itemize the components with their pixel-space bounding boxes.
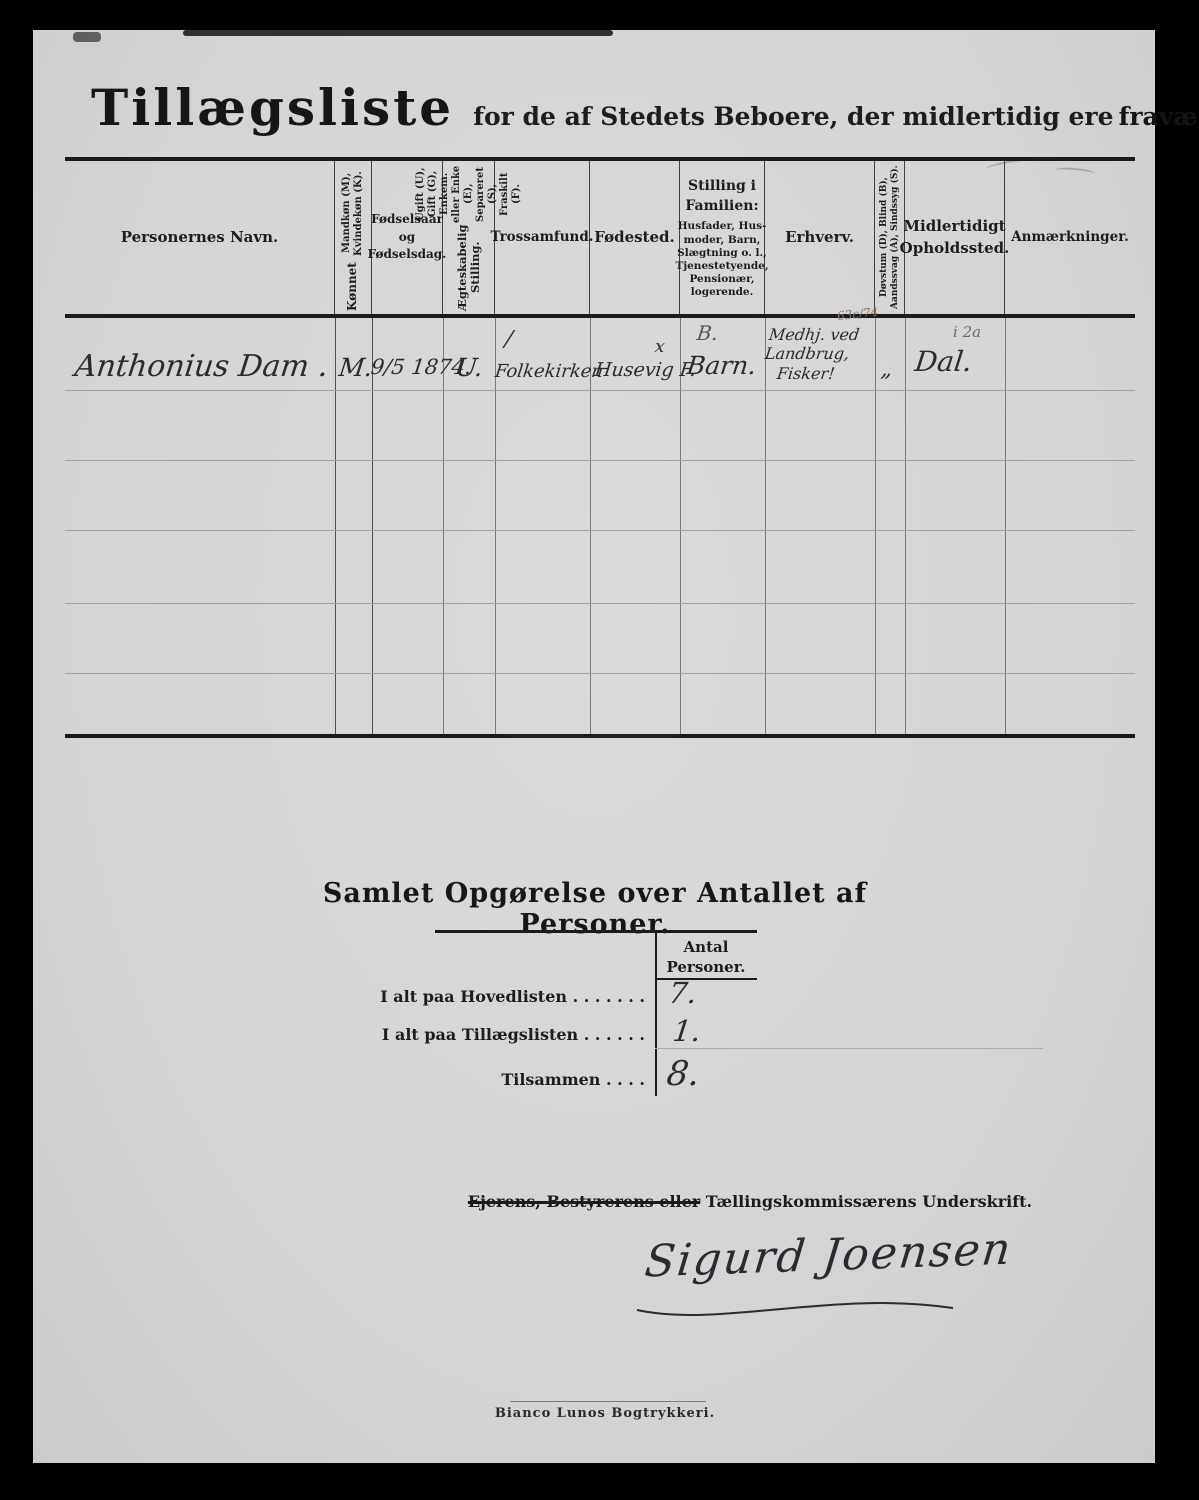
entry-occupation-line1: Medhj. ved (768, 325, 861, 344)
entry-disabilities: „ (879, 357, 893, 382)
form-title-emphasis: fraværende. (1119, 102, 1199, 131)
entry-birthplace: Husevig F. (594, 359, 698, 381)
column-divider (335, 318, 336, 734)
col-header-disabilities-detail: Døvstum (D), Blind (B), Aandssvag (A), S… (879, 164, 901, 311)
signature-label-struck: Ejerens, Bestyrerens eller (468, 1192, 700, 1211)
col-header-residence: Midlertidigt Opholdssted. (905, 161, 1005, 314)
col-header-name-label: Personernes Navn. (121, 227, 279, 249)
persons-table: Personernes Navn. Kønnet Mandkøn (M), Kv… (65, 157, 1135, 738)
form-title: Tillægsliste for de af Stedets Beboere, … (91, 78, 1111, 137)
summary-divider (655, 1048, 1043, 1049)
entry-birthplace-mark: x (654, 337, 666, 357)
col-header-family-position: Stilling i Familien: Husfader, Hus­moder… (680, 161, 765, 314)
column-divider (905, 318, 906, 734)
entry-marital: U. (454, 353, 484, 382)
entry-religion: Folkekirken (494, 361, 605, 382)
entry-family-position-mark: B. (696, 321, 720, 345)
signature-label: Ejerens, Bestyrerens eller Tællingskommi… (393, 1192, 1107, 1211)
entry-religion-mark: / (503, 327, 513, 352)
col-header-marital-title: Ægteskabelig Stilling. (455, 224, 481, 311)
signature-flourish (631, 1288, 961, 1328)
summary-row-hovedlisten-label: I alt paa Hovedlisten . . . . . . . (183, 987, 645, 1006)
col-header-family-position-detail: Husfader, Hus­moder, Barn, Slægtning o. … (676, 220, 769, 299)
row-divider (65, 390, 1135, 391)
printer-imprint: Bianco Lunos Bogtrykkeri. (455, 1406, 755, 1421)
summary-row-tilsammen-value: 8. (665, 1054, 702, 1094)
col-header-occupation: Erhverv. (765, 161, 875, 314)
form-title-subtitle: for de af Stedets Beboere, der midlertid… (473, 102, 1113, 131)
summary-column-header: Antal Personer. (657, 938, 755, 977)
column-divider (765, 318, 766, 734)
entry-residence: Dal. (913, 345, 974, 378)
col-header-disabilities-vertical: Døvstum (D), Blind (B), Aandssvag (A), S… (879, 164, 901, 311)
col-header-name: Personernes Navn. (65, 161, 335, 314)
document-page: Tillægsliste for de af Stedets Beboere, … (33, 30, 1155, 1463)
col-header-marital: Ægteskabelig Stilling. Ugift (U), Gift (… (443, 161, 495, 314)
col-header-remarks: Anmærkninger. (1005, 161, 1135, 314)
entry-residence-annotation: i 2a (953, 323, 981, 341)
scan-smudge (183, 30, 613, 36)
row-divider (65, 530, 1135, 531)
entry-occupation-line3: Fisker! (776, 364, 836, 383)
col-header-birthplace-label: Fødested. (594, 227, 675, 249)
entry-occupation-line2: Landbrug, (764, 344, 851, 363)
col-header-residence-label: Midlertidigt Opholdssted. (900, 216, 1010, 260)
summary-row-tilsammen-label: Tilsammen . . . . (183, 1070, 645, 1089)
entry-name: Anthonius Dam . (73, 349, 330, 384)
column-divider (372, 318, 373, 734)
signature-label-main: Tællingskommissærens Underskrift. (706, 1192, 1032, 1211)
col-header-sex-title: Kønnet (346, 262, 360, 311)
row-divider (65, 460, 1135, 461)
footer-rule (510, 1401, 706, 1402)
signature-handwriting: Sigurd Joensen (642, 1223, 1015, 1287)
entry-family-position: Barn. (685, 351, 758, 380)
entry-occupation-annotation: 63c/74 (836, 305, 879, 323)
column-divider (443, 318, 444, 734)
summary-row-tillaegslisten-value: 1. (671, 1014, 703, 1048)
header-bottom-rule (65, 314, 1135, 318)
col-header-sex: Kønnet Mandkøn (M), Kvindekøn (K). (335, 161, 372, 314)
col-header-family-position-title: Stilling i Familien: (681, 176, 763, 217)
form-title-main: Tillægsliste (91, 78, 454, 137)
col-header-occupation-label: Erhverv. (785, 227, 854, 249)
col-header-birthplace: Fødested. (590, 161, 680, 314)
col-header-sex-vertical: Kønnet Mandkøn (M), Kvindekøn (K). (341, 164, 365, 311)
col-header-religion-label: Trossamfund. (491, 228, 594, 248)
row-divider (65, 673, 1135, 674)
table-bottom-rule (65, 734, 1135, 738)
col-header-remarks-label: Anmærkninger. (1011, 228, 1129, 248)
scan-smudge (73, 32, 101, 42)
summary-top-rule (435, 930, 757, 933)
column-divider (1005, 318, 1006, 734)
scanned-census-form: { "document": { "title_main": "Tillægsli… (0, 0, 1199, 1500)
row-divider (65, 603, 1135, 604)
col-header-sex-detail: Mandkøn (M), Kvindekøn (K). (341, 164, 365, 262)
summary-row-tillaegslisten-label: I alt paa Tillægslisten . . . . . . (183, 1025, 645, 1044)
col-header-religion: Trossamfund. (495, 161, 590, 314)
column-divider (875, 318, 876, 734)
summary-row-hovedlisten-value: 7. (667, 976, 699, 1010)
